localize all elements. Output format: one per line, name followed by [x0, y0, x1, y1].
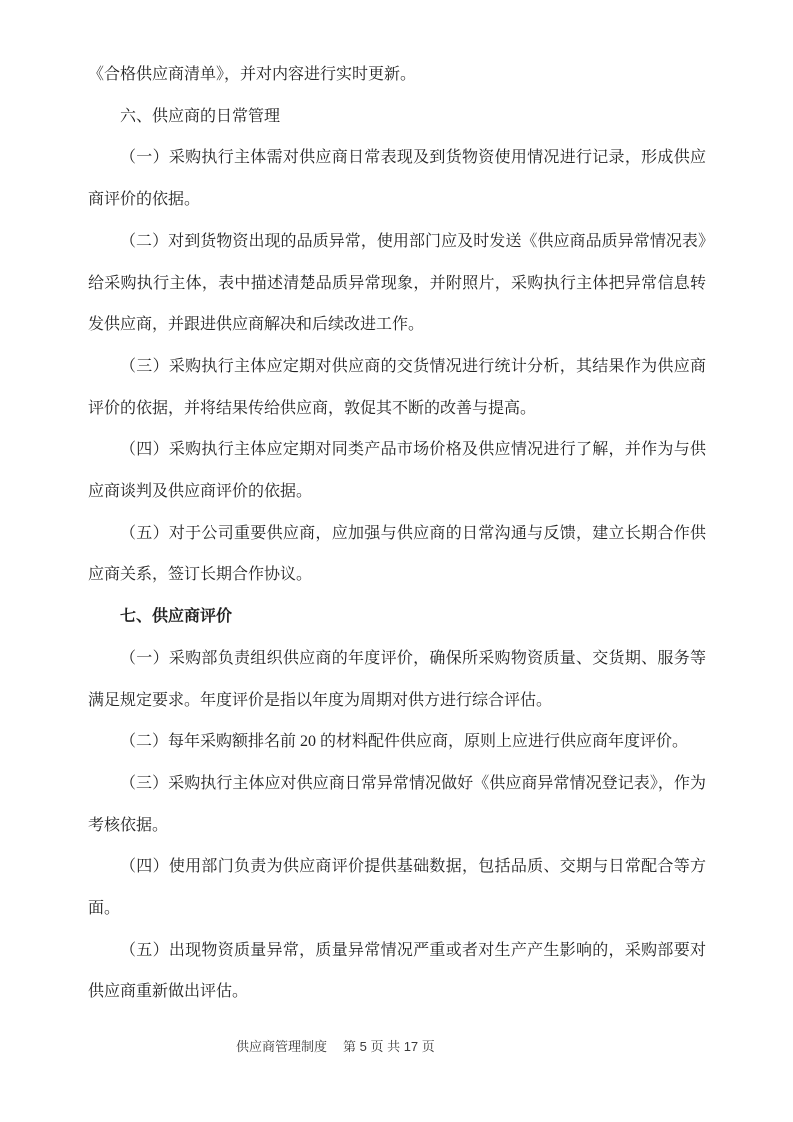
section7-item-1: （一）采购部负责组织供应商的年度评价，确保所采购物资质量、交货期、服务等满足规定… — [88, 638, 706, 721]
footer-doc-title: 供应商管理制度 — [236, 1039, 327, 1054]
section7-item-3: （三）采购执行主体应对供应商日常异常情况做好《供应商异常情况登记表》，作为考核依… — [88, 763, 706, 846]
section6-item-3: （三）采购执行主体应定期对供应商的交货情况进行统计分析，其结果作为供应商评价的依… — [88, 346, 706, 429]
section7-item-4: （四）使用部门负责为供应商评价提供基础数据，包括品质、交期与日常配合等方面。 — [88, 846, 706, 929]
document-body: 《合格供应商清单》，并对内容进行实时更新。 六、供应商的日常管理 （一）采购执行… — [88, 54, 706, 1013]
section6-item-2: （二）对到货物资出现的品质异常，使用部门应及时发送《供应商品质异常情况表》给采购… — [88, 221, 706, 346]
section6-item-4: （四）采购执行主体应定期对同类产品市场价格及供应情况进行了解，并作为与供应商谈判… — [88, 429, 706, 512]
footer-page-info: 第 5 页 共 17 页 — [343, 1039, 435, 1054]
continuation-paragraph: 《合格供应商清单》，并对内容进行实时更新。 — [88, 54, 706, 96]
section6-item-1: （一）采购执行主体需对供应商日常表现及到货物资使用情况进行记录，形成供应商评价的… — [88, 137, 706, 220]
document-page: 《合格供应商清单》，并对内容进行实时更新。 六、供应商的日常管理 （一）采购执行… — [0, 0, 793, 1122]
section-heading-6: 六、供应商的日常管理 — [88, 96, 706, 138]
section-heading-7: 七、供应商评价 — [88, 596, 706, 638]
page-footer: 供应商管理制度第 5 页 共 17 页 — [236, 1036, 435, 1055]
section7-item-5: （五）出现物资质量异常，质量异常情况严重或者对生产产生影响的，采购部要对供应商重… — [88, 930, 706, 1013]
section7-item-2: （二）每年采购额排名前 20 的材料配件供应商，原则上应进行供应商年度评价。 — [88, 721, 706, 763]
section6-item-5: （五）对于公司重要供应商，应加强与供应商的日常沟通与反馈，建立长期合作供应商关系… — [88, 513, 706, 596]
